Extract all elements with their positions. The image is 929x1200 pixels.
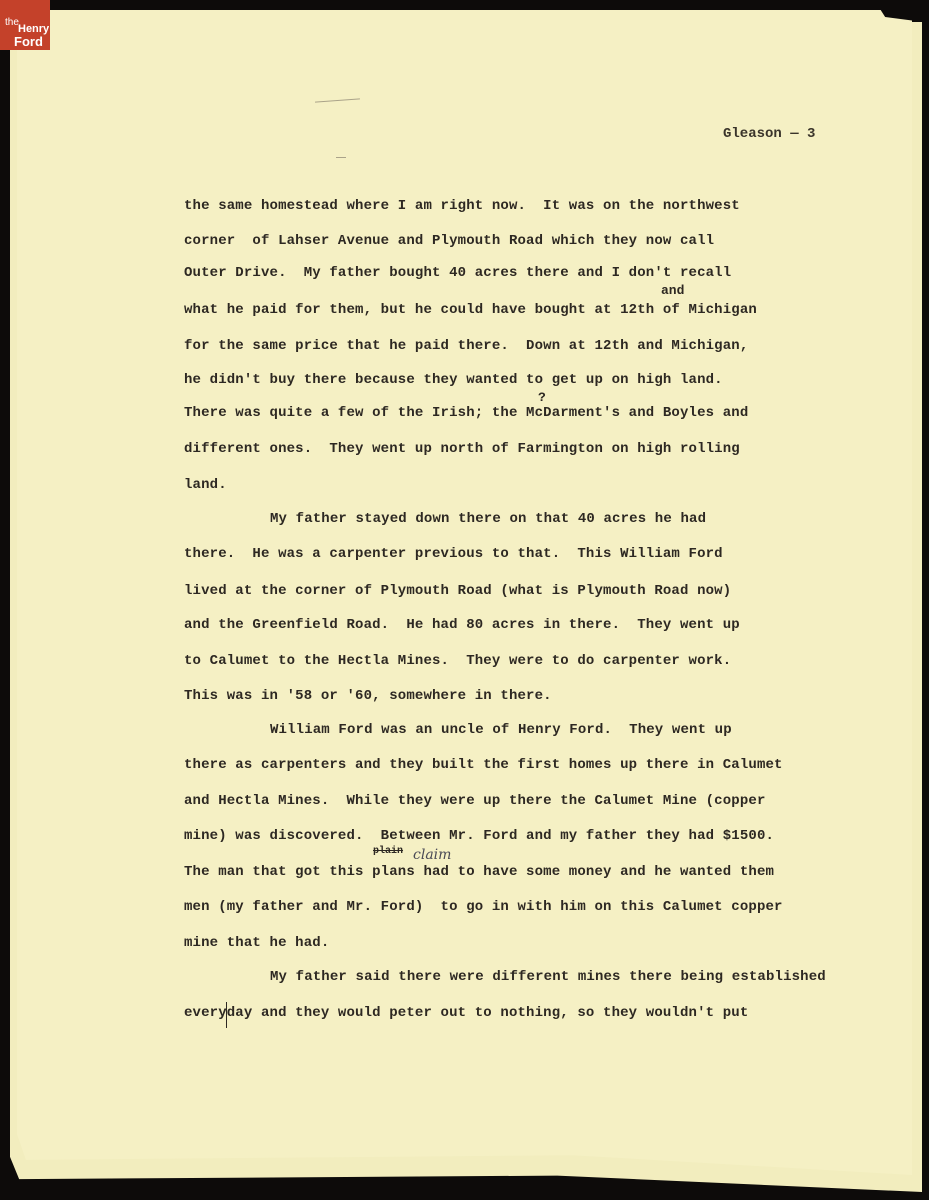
text-line: My father said there were different mine…	[270, 969, 826, 985]
text-line: lived at the corner of Plymouth Road (wh…	[184, 583, 731, 599]
text-line: This was in '58 or '60, somewhere in the…	[184, 688, 552, 704]
text-line: the same homestead where I am right now.…	[184, 198, 740, 214]
text-line: There was quite a few of the Irish; the …	[184, 405, 748, 421]
henry-ford-logo: the Henry Ford	[0, 0, 50, 50]
logo-text-ford: Ford	[14, 35, 43, 48]
text-line: he didn't buy there because they wanted …	[184, 372, 723, 388]
text-line: and the Greenfield Road. He had 80 acres…	[184, 617, 740, 633]
text-line: land.	[184, 477, 227, 493]
text-line: to Calumet to the Hectla Mines. They wer…	[184, 653, 731, 669]
struck-word: plain	[373, 846, 403, 857]
text-line: The man that got this plans had to have …	[184, 864, 774, 880]
page-header: Gleason — 3	[723, 126, 815, 142]
text-line: corner of Lahser Avenue and Plymouth Roa…	[184, 233, 714, 249]
text-line: there. He was a carpenter previous to th…	[184, 546, 723, 562]
text-line: mine that he had.	[184, 935, 329, 951]
text-line: there as carpenters and they built the f…	[184, 757, 783, 773]
typed-insert-and: and	[661, 283, 684, 298]
handwritten-correction: claim	[413, 847, 451, 863]
text-line: Outer Drive. My father bought 40 acres t…	[184, 265, 731, 281]
text-line: and Hectla Mines. While they were up the…	[184, 793, 766, 809]
text-line: different ones. They went up north of Fa…	[184, 441, 740, 457]
text-line: everyday and they would peter out to not…	[184, 1005, 748, 1021]
pencil-mark	[336, 157, 346, 158]
text-line: for the same price that he paid there. D…	[184, 338, 748, 354]
text-line: what he paid for them, but he could have…	[184, 302, 757, 318]
text-line: My father stayed down there on that 40 a…	[270, 511, 706, 527]
text-line: William Ford was an uncle of Henry Ford.…	[270, 722, 732, 738]
text-line: mine) was discovered. Between Mr. Ford a…	[184, 828, 774, 844]
logo-text-the: the	[5, 18, 19, 28]
pencil-mark	[226, 1002, 227, 1028]
typed-question-mark: ?	[538, 390, 546, 405]
text-line: men (my father and Mr. Ford) to go in wi…	[184, 899, 783, 915]
